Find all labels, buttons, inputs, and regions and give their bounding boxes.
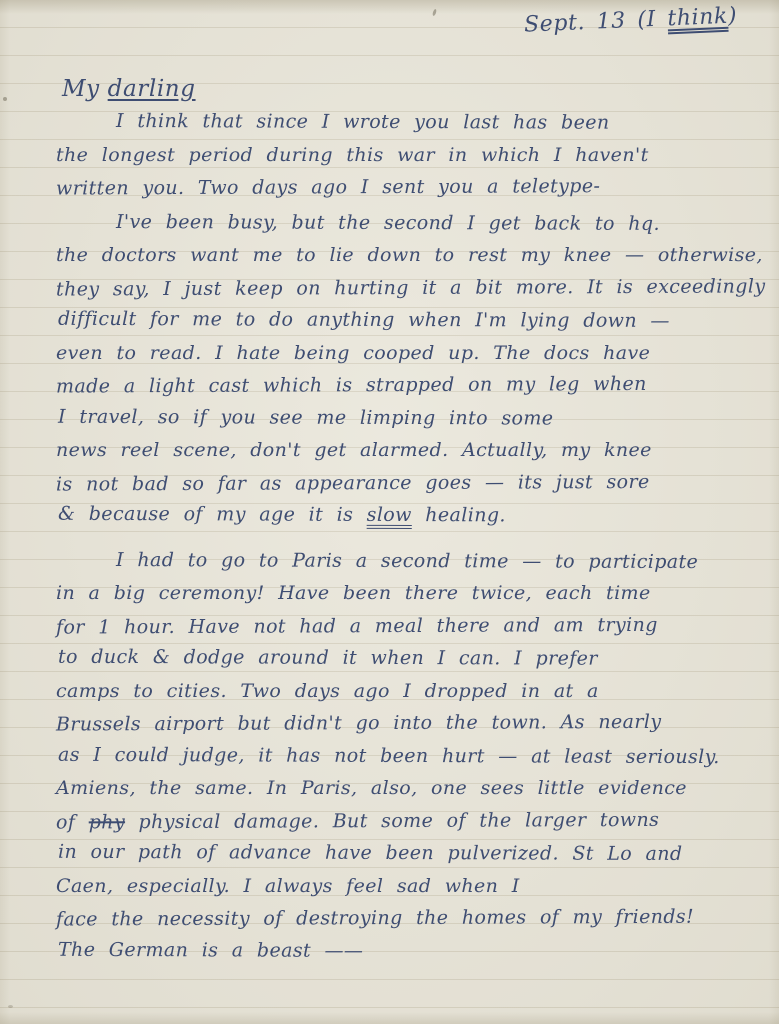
letter-line: written you. Two days ago I sent you a t… <box>56 169 749 205</box>
letter-line: of phy physical damage. But some of the … <box>56 803 749 839</box>
letter-line: news reel scene, don't get alarmed. Actu… <box>56 434 749 467</box>
paragraph: I had to go to Paris a second time — to … <box>56 545 749 968</box>
ink-speck <box>3 97 7 101</box>
letter-line: I think that since I wrote you last has … <box>58 105 751 140</box>
letter-line: the doctors want me to lie down to rest … <box>56 239 749 272</box>
letter-body: I think that since I wrote you last has … <box>56 106 749 967</box>
letter-line: in a big ceremony! Have been there twice… <box>56 577 749 610</box>
letter-line: is not bad so far as appearance goes — i… <box>56 465 749 501</box>
letter-line: I had to go to Paris a second time — to … <box>58 543 751 578</box>
letter-line: for 1 hour. Have not had a meal there an… <box>56 608 749 644</box>
letter-line: I've been busy, but the second I get bac… <box>58 205 751 240</box>
letter-line: I travel, so if you see me limping into … <box>58 400 751 435</box>
letter-line: made a light cast which is strapped on m… <box>56 367 749 403</box>
letter-line: the longest period during this war in wh… <box>56 139 749 172</box>
paragraph: I've been busy, but the second I get bac… <box>56 207 749 532</box>
letter-line: to duck & dodge around it when I can. I … <box>58 641 751 676</box>
letter-line: difficult for me to do anything when I'm… <box>58 303 751 338</box>
letter-line: camps to cities. Two days ago I dropped … <box>56 675 749 708</box>
letter-line: Amiens, the same. In Paris, also, one se… <box>56 772 749 805</box>
letter-line: The German is a beast —— <box>58 933 751 968</box>
letter-line: Brussels airport but didn't go into the … <box>56 705 749 741</box>
letter-page: Sept. 13 (I think) My darling I think th… <box>0 0 779 1024</box>
paragraph: I think that since I wrote you last has … <box>56 106 749 204</box>
letter-date: Sept. 13 (I think) <box>523 3 737 37</box>
letter-line: they say, I just keep on hurting it a bi… <box>56 270 749 306</box>
letter-line: even to read. I hate being cooped up. Th… <box>56 337 749 370</box>
letter-line: Caen, especially. I always feel sad when… <box>56 870 749 903</box>
ink-speck <box>432 9 437 17</box>
letter-line: in our path of advance have been pulveri… <box>58 836 751 871</box>
letter-line: & because of my age it is slow healing. <box>58 498 751 533</box>
letter-line: as I could judge, it has not been hurt —… <box>58 738 751 773</box>
salutation: My darling <box>62 76 196 102</box>
ink-speck <box>8 1005 13 1008</box>
letter-line: face the necessity of destroying the hom… <box>56 900 749 936</box>
